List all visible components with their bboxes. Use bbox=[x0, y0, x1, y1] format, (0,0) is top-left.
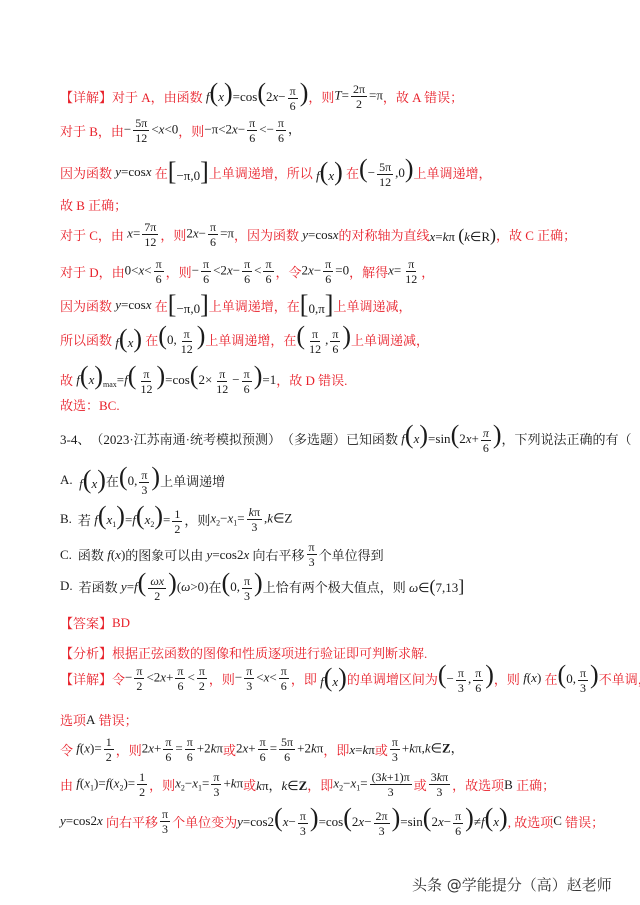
sol2-line-3: 令 f(x)=12 ，则 2x+π6=π6+2kπ 或 2x+π6=5π6+2k… bbox=[60, 735, 464, 764]
watermark: 头条 @学能提分（高）赵老师 bbox=[412, 874, 612, 895]
question-number: 3-4、 bbox=[60, 429, 90, 448]
answer-label: 【答案】 bbox=[60, 613, 112, 632]
analysis-block: 【分析】 根据正弦函数的图像和性质逐项进行验证即可判断求解. bbox=[60, 643, 427, 662]
sol1-line-C: 对于 C，由 x=7π12 ，则 2x−π6=π ，因为函数 y=cosx 的对… bbox=[60, 220, 576, 249]
question-type: （多选题） bbox=[281, 429, 346, 448]
sol2-line-4: 由 f(x1)=f(x2)=12 ，则 x2−x1=π3+kπ 或 kπ，k∈Z… bbox=[60, 770, 555, 799]
sol1-line-D3: 所以函数 f(x) 在 (0,π12) 上单调递增，在 (π12,π6) 上单调… bbox=[60, 323, 429, 356]
sol1-line-B2: 因为函数 y=cosx 在 [−π,0] 上单调递增，所以 f(x) 在 (−5… bbox=[60, 156, 492, 189]
sol1-line-D: 对于 D，由 0<x<π6 ，则 −π6<2x−π6<π6 ，令 2x−π6=0… bbox=[60, 257, 434, 286]
sol1-line-A: 【详解】 对于 A，由函数 f(x)=cos(2x−π6) ，则 T=2π2=π… bbox=[60, 80, 463, 113]
option-d: D. 若函数 y=f(ωx2)(ω>0) 在 (0,π3) 上恰有两个极大值点，… bbox=[60, 570, 464, 603]
detail-label-2: 【详解】 bbox=[60, 669, 112, 688]
option-b: B. 若 f(x1)=f(x2)=12 ，则 x2−x1=kπ3,k∈Z bbox=[60, 503, 292, 536]
option-c: C. 函数 f(x) 的图象可以由 y=cos2x 向右平移 π3 个单位得到 bbox=[60, 540, 384, 569]
question-source: （2023·江苏南通·统考模拟预测） bbox=[90, 429, 281, 448]
sol1-answer: 故选：BC. bbox=[60, 395, 120, 414]
sol2-line-1: 【详解】 令 −π2<2x+π6<π2 ，则 −π3<x<π6 ，即 f(x) … bbox=[60, 662, 640, 695]
detail-label: 【详解】 bbox=[60, 87, 112, 106]
analysis-label: 【分析】 bbox=[60, 643, 112, 662]
sol1-line-D2: 因为函数 y=cosx 在 [−π,0] 上单调递增，在 [0,π] 上单调递减… bbox=[60, 292, 411, 318]
sol1-line-D4: 故 f(x)max=f(π12)=cos(2×π12−π6)=1 ，故 D 错误… bbox=[60, 363, 347, 396]
analysis-text: 根据正弦函数的图像和性质逐项进行验证即可判断求解. bbox=[112, 643, 427, 662]
option-a: A. f(x) 在 (0,π3) 上单调递增 bbox=[60, 464, 225, 497]
question-stem: 3-4、 （2023·江苏南通·统考模拟预测） （多选题） 已知函数 f(x)=… bbox=[60, 422, 640, 455]
sol1-line-B3: 故 B 正确； bbox=[60, 195, 127, 214]
sol2-line-2: 选项 A 错误； bbox=[60, 710, 138, 729]
answer-value: BD bbox=[112, 615, 130, 631]
sol2-line-5: y=cos2x 向右平移 π3 个单位变为 y=cos2(x−π3)=cos(2… bbox=[60, 805, 604, 838]
answer-block: 【答案】 BD bbox=[60, 613, 130, 632]
sol1-line-B: 对于 B，由 −5π12<x<0 ，则 −π<2x−π6<−π6， bbox=[60, 116, 301, 145]
